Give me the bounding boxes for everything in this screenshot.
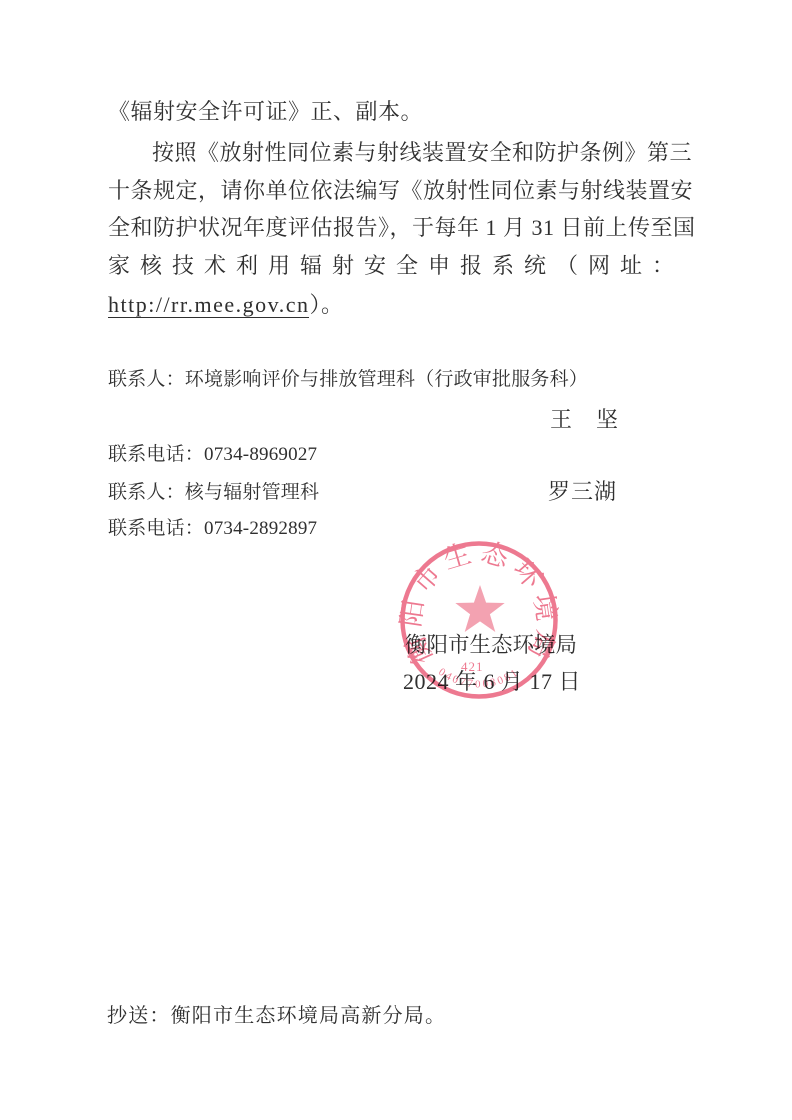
body-line-url: http://rr.mee.gov.cn）。 [108, 289, 344, 321]
contact2-phone: 联系电话：0734-2892897 [108, 513, 317, 540]
contact1-name: 王 坚 [550, 403, 619, 434]
contact2-name: 罗三湖 [548, 475, 617, 506]
contact1-phone: 联系电话：0734-8969027 [108, 439, 317, 466]
body-line-4: 全和防护状况年度评估报告》，于每年 1 月 31 日前上传至国 [108, 212, 696, 244]
report-system-url: http://rr.mee.gov.cn [108, 292, 309, 318]
body-line-5: 家核技术利用辐射安全申报系统（网址： [108, 250, 684, 282]
body-line-2: 按照《放射性同位素与射线装置安全和防护条例》第三 [152, 137, 692, 169]
contact2-label: 联系人：核与辐射管理科 [108, 477, 319, 504]
url-suffix: ）。 [309, 292, 343, 317]
document-page: 《辐射安全许可证》正、副本。 按照《放射性同位素与射线装置安全和防护条例》第三 … [0, 0, 792, 1120]
seal-star-icon [455, 585, 504, 632]
cc-line: 抄送：衡阳市生态环境局高新分局。 [107, 999, 446, 1028]
official-seal: 衡阳市生态环境局 421 04077008081 [379, 520, 579, 720]
body-line-1: 《辐射安全许可证》正、副本。 [108, 96, 423, 128]
contact1-label: 联系人：环境影响评价与排放管理科（行政审批服务科） [108, 364, 588, 391]
body-line-3: 十条规定，请你单位依法编写《放射性同位素与射线装置安 [108, 175, 693, 207]
seal-center-code: 421 [461, 659, 484, 674]
